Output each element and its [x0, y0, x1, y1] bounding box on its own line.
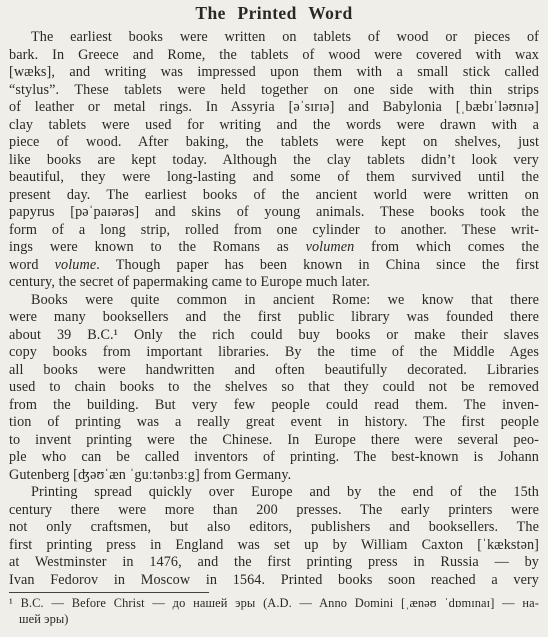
text-line: form of a long strip, rolled from one cy…: [9, 222, 539, 240]
text-segment: from which comes the: [354, 239, 539, 255]
text-line: beautiful, they were long-lasting and so…: [9, 169, 539, 187]
text-line: Gutenberg [ʤəʊˈæn ˈguːtənbɜːg] from Germ…: [9, 467, 539, 485]
text-line: at Westminster in 1476, and the first pr…: [9, 554, 539, 572]
text-line: ple who can be called inventors of print…: [9, 449, 539, 467]
text-line: Printing spread quickly over Europe and …: [9, 484, 539, 502]
text-line: [wæks], and writing was impressed upon t…: [9, 64, 539, 82]
text-line: first printing press in England was set …: [9, 537, 539, 555]
text-line: Ivan Fedorov in Moscow in 1564. Printed …: [9, 572, 539, 590]
footnote: ¹ B.C. — Before Christ — до нашей эры (A…: [9, 592, 539, 627]
text-line: present day. The earliest books of the a…: [9, 187, 539, 205]
text-line: ings were known to the Romans as volumen…: [9, 239, 539, 257]
footnote-line: ¹ B.C. — Before Christ — до нашей эры (A…: [9, 596, 539, 612]
text-line: papyrus [pəˈpaɪərəs] and skins of young …: [9, 204, 539, 222]
text-line: bark. In Greece and Rome, the tablets of…: [9, 47, 539, 65]
text-line: word volume. Though paper has been known…: [9, 257, 539, 275]
text-segment: ings were known to the Romans as: [9, 239, 306, 255]
text-segment: word: [9, 257, 55, 273]
text-line: clay tablets were used for writing and t…: [9, 117, 539, 135]
paragraph-2: Books were quite common in ancient Rome:…: [9, 292, 539, 485]
paragraph-1: The earliest books were written on table…: [9, 29, 539, 292]
footnote-rule: [9, 592, 209, 593]
text-line: about 39 B.C.¹ Only the rich could buy b…: [9, 327, 539, 345]
paragraph-3: Printing spread quickly over Europe and …: [9, 484, 539, 589]
book-page: The Printed Word The earliest books were…: [0, 0, 548, 627]
text-line: like books are kept today. Although the …: [9, 152, 539, 170]
text-line: were many booksellers and the first publ…: [9, 309, 539, 327]
text-line: tion of printing was a really great even…: [9, 414, 539, 432]
text-line: century, the secret of papermaking came …: [9, 274, 539, 292]
text-line: “stylus”. These tablets were held togeth…: [9, 82, 539, 100]
page-title: The Printed Word: [9, 3, 539, 24]
text-line: all books were handwritten and often bea…: [9, 362, 539, 380]
footnote-line: шей эры): [9, 612, 539, 628]
text-line: to invent printing were the Chinese. In …: [9, 432, 539, 450]
text-line: piece of wood. After baking, the tablets…: [9, 134, 539, 152]
text-line: Books were quite common in ancient Rome:…: [9, 292, 539, 310]
text-line: The earliest books were written on table…: [9, 29, 539, 47]
text-line: of leather or metal rings. In Assyria [ə…: [9, 99, 539, 117]
italic-term-volume: volume: [55, 257, 97, 273]
italic-term-volumen: volumen: [306, 239, 355, 255]
text-line: from the building. But very few people c…: [9, 397, 539, 415]
text-line: copy books from important libraries. By …: [9, 344, 539, 362]
text-line: used to chain books to the shelves so th…: [9, 379, 539, 397]
text-segment: . Though paper has been known in China s…: [96, 257, 539, 273]
text-line: not only craftsmen, but also editors, pu…: [9, 519, 539, 537]
body-text: The earliest books were written on table…: [9, 29, 539, 589]
text-line: century there were more than 200 presses…: [9, 502, 539, 520]
